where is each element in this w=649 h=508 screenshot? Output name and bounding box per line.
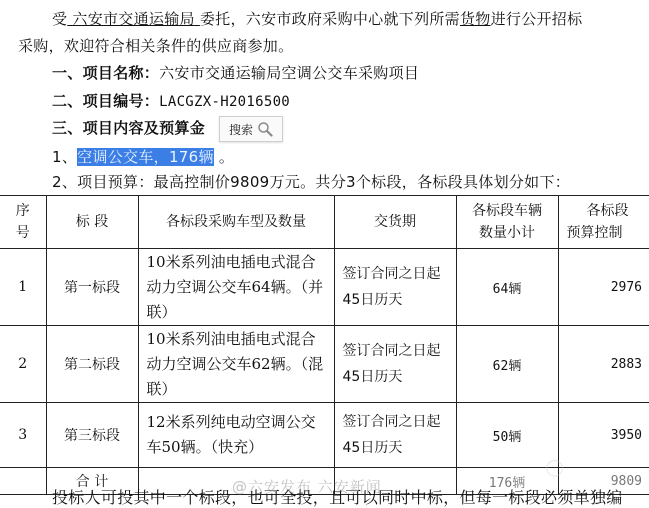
header-delivery: 交货期 [334,196,456,249]
row-description: 10米系列油电插电式混合动力空调公交车64辆。（并联） [138,249,334,326]
row-lot: 第三标段 [46,403,138,468]
selected-text[interactable]: 空调公交车，176辆 [77,148,214,166]
section-label: 一、项目名称： [52,64,159,82]
section-project-name: 一、项目名称：六安市交通运输局空调公交车采购项目 [52,63,419,83]
table-row: 1 第一标段 10米系列油电插电式混合动力空调公交车64辆。（并联） 签订合同之… [0,249,649,326]
row-lot: 第一标段 [46,249,138,326]
section-value: 六安市交通运输局空调公交车采购项目 [159,64,419,82]
item-2: 2、项目预算：最高控制价9809万元。共分3个标段，各标段具体划分如下： [52,172,570,192]
row-index: 2 [0,326,46,403]
section-project-number: 二、项目编号：LACGZX-H2016500 [52,91,290,112]
row-budget: 3950 [558,403,649,468]
intro-middle: 委托，六安市政府采购中心就下列所需 [200,10,460,28]
section-content-budget: 三、项目内容及预算金 [52,118,205,138]
row-description: 10米系列油电插电式混合动力空调公交车62辆。（混联） [138,326,334,403]
row-index: 3 [0,403,46,468]
search-popup-button[interactable]: 搜索 [219,116,283,142]
table-header-row: 序号 标 段 各标段采购车型及数量 交货期 各标段车辆数量小计 各标段预算控制 [0,196,649,249]
row-description: 12米系列纯电动空调公交车50辆。（快充） [138,403,334,468]
header-budget: 各标段预算控制 [558,196,649,249]
table-row: 2 第二标段 10米系列油电插电式混合动力空调公交车62辆。（混联） 签订合同之… [0,326,649,403]
row-quantity: 64辆 [456,249,558,326]
header-lot: 标 段 [46,196,138,249]
header-description: 各标段采购车型及数量 [138,196,334,249]
item-number: 1、 [52,148,77,166]
header-quantity: 各标段车辆数量小计 [456,196,558,249]
row-delivery: 签订合同之日起45日历天 [334,403,456,468]
table-row: 3 第三标段 12米系列纯电动空调公交车50辆。（快充） 签订合同之日起45日历… [0,403,649,468]
section-value: LACGZX-H2016500 [159,94,290,110]
item-suffix: 。 [219,148,234,166]
agency-name: 六安市交通运输局 [67,10,200,28]
row-index: 1 [0,249,46,326]
intro-suffix: 进行公开招标 [491,10,583,28]
section-label: 三、项目内容及预算金 [52,119,205,137]
row-lot: 第二标段 [46,326,138,403]
total-index-empty [0,468,46,495]
item-1: 1、空调公交车，176辆 。 [52,147,234,167]
goods-link: 货物 [460,10,491,28]
row-delivery: 签订合同之日起45日历天 [334,249,456,326]
header-index: 序号 [0,196,46,249]
intro-line-2: 采购，欢迎符合相关条件的供应商参加。 [18,36,293,56]
intro-line-1: 受 六安市交通运输局 委托，六安市政府采购中心就下列所需货物进行公开招标 [52,9,582,29]
row-budget: 2976 [558,249,649,326]
row-quantity: 62辆 [456,326,558,403]
row-delivery: 签订合同之日起45日历天 [334,326,456,403]
row-quantity: 50辆 [456,403,558,468]
magnifier-icon [257,121,273,137]
search-label: 搜索 [229,121,253,138]
footer-paragraph: 投标人可投其中一个标段，也可全投，且可以同时中标，但每一标段必须单独编 [52,488,623,508]
section-label: 二、项目编号： [52,92,159,110]
intro-prefix: 受 [52,10,67,28]
bid-lots-table: 序号 标 段 各标段采购车型及数量 交货期 各标段车辆数量小计 各标段预算控制 … [0,195,649,495]
row-budget: 2883 [558,326,649,403]
